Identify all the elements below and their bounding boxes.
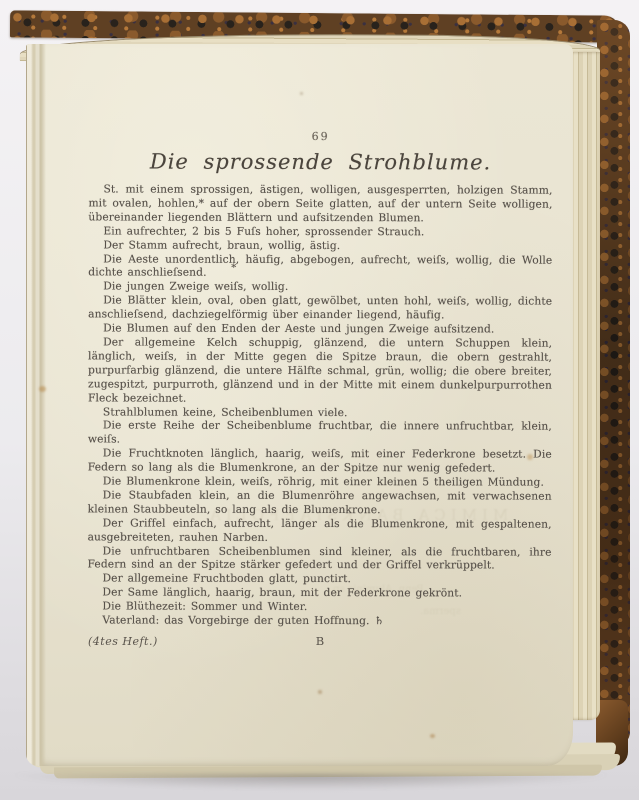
foxing-spot	[318, 690, 322, 694]
body-paragraph: Die Blumen auf den Enden der Aeste und j…	[88, 321, 552, 336]
foxing-spot	[430, 734, 435, 738]
body-paragraph: Die Staubfaden klein, an die Blumenröhre…	[88, 488, 552, 517]
body-paragraph: Strahlblumen keine, Scheibenblumen viele…	[88, 405, 552, 420]
page-gutter-edge	[26, 44, 46, 766]
body-paragraph: Die Blumenkrone klein, weiſs, röhrig, mi…	[88, 474, 552, 489]
signature-mark: B	[316, 634, 324, 648]
body-paragraph: Vaterland: das Vorgebirge der guten Hoff…	[87, 613, 551, 628]
body-paragraph: Die erste Reihe der Scheibenblume frucht…	[88, 419, 552, 448]
body-paragraph: Die jungen Zweige weiſs, wollig.	[88, 280, 552, 295]
body-paragraph: Die Fruchtknoten länglich, haarig, weiſs…	[88, 447, 552, 476]
foxing-spot	[300, 92, 303, 95]
body-paragraph: Die Blätter klein, oval, oben glatt, gew…	[88, 294, 552, 323]
body-paragraph: Der Same länglich, haarig, braun, mit de…	[87, 586, 551, 601]
body-text: St. mit einem sprossigen, ästigen, wolli…	[87, 182, 552, 628]
body-paragraph: St. mit einem sprossigen, ästigen, wolli…	[88, 182, 552, 225]
body-paragraph: Die unfruchtbaren Scheibenblumen sind kl…	[87, 544, 551, 573]
marbled-cover-right-edge	[597, 20, 630, 746]
printed-text-block: 69 Die sprossende Strohblume. St. mit ei…	[87, 129, 552, 628]
fascicle-note: (4tes Heft.)	[88, 635, 158, 648]
body-paragraph: Der allgemeine Fruchtboden glatt, puncti…	[87, 572, 551, 587]
body-paragraph: Der Griffel einfach, aufrecht, länger al…	[88, 516, 552, 545]
body-paragraph: Die Blüthezeit: Sommer und Winter.	[87, 600, 551, 615]
scanned-book-photo: MIMICA BANKSIAEFOLIA Penn. Aluminis sp. …	[0, 0, 639, 800]
body-paragraph: Ein aufrechter, 2 bis 5 Fuſs hoher, spro…	[88, 224, 552, 239]
body-paragraph: Die Aeste unordentlich, häufig, abgeboge…	[88, 252, 552, 281]
foxing-spot	[39, 386, 46, 392]
body-paragraph: Der Stamm aufrecht, braun, wollig, ästig…	[88, 238, 552, 253]
page-title: Die sprossende Strohblume.	[89, 149, 553, 174]
page-footer: (4tes Heft.) B	[88, 635, 552, 651]
stray-asterisk-mark: *	[231, 263, 236, 274]
page-number: 69	[89, 129, 553, 143]
book-shadow	[8, 774, 614, 790]
body-paragraph: Der allgemeine Kelch schuppig, glänzend,…	[88, 335, 552, 406]
